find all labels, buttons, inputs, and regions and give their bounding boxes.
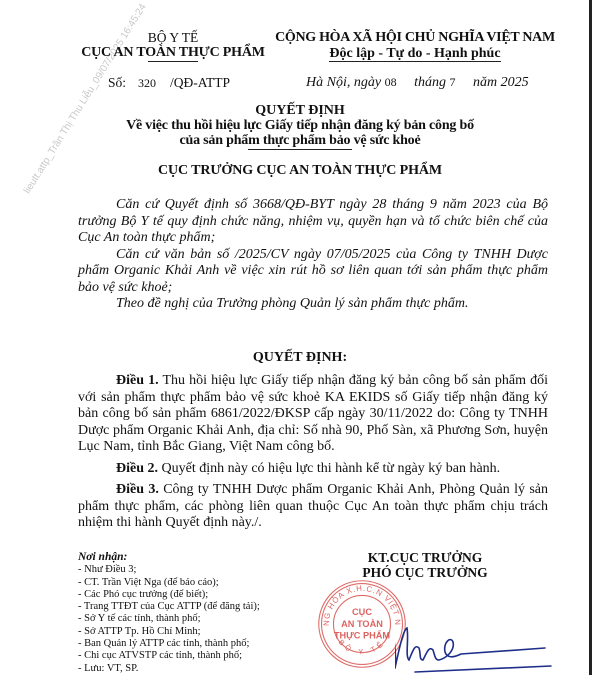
date-month: 7 bbox=[449, 75, 455, 89]
date-day: 08 bbox=[385, 75, 397, 89]
recipient-item: - Lưu: VT, SP. bbox=[78, 663, 308, 675]
recipient-item: - Các Phó cục trưởng (để biết); bbox=[78, 589, 308, 601]
recipient-item: - Ban Quản lý ATTP các tỉnh, thành phố; bbox=[78, 638, 308, 650]
issuing-authority-header: BỘ Y TẾ CỤC AN TOÀN THỰC PHẨM bbox=[78, 30, 268, 62]
title-rule bbox=[248, 149, 352, 150]
ministry-name: BỘ Y TẾ bbox=[78, 30, 268, 45]
recipient-item: - Chi cục ATVSTP các tỉnh, thành phố; bbox=[78, 650, 308, 662]
article-2: Điều 2. Quyết định này có hiệu lực thi h… bbox=[78, 461, 548, 478]
title-block: QUYẾT ĐỊNH Về việc thu hồi hiệu lực Giấy… bbox=[50, 103, 550, 178]
recipient-item: - Sở ATTP Tp. Hồ Chí Minh; bbox=[78, 626, 308, 638]
article-label: Điều 3. bbox=[116, 482, 159, 497]
basis-paragraph: Căn cứ Quyết định số 3668/QĐ-BYT ngày 28… bbox=[78, 197, 548, 247]
subject-line-1: Về việc thu hồi hiệu lực Giấy tiếp nhận … bbox=[50, 118, 550, 133]
recipients-label: Nơi nhận: bbox=[78, 551, 308, 563]
recipients: Nơi nhận: - Như Điều 3; - CT. Trần Việt … bbox=[78, 551, 308, 675]
recipient-item: - CT. Trần Việt Nga (để báo cáo); bbox=[78, 577, 308, 589]
article-1: Điều 1. Thu hồi hiệu lực Giấy tiếp nhận … bbox=[78, 373, 548, 456]
article-label: Điều 1. bbox=[116, 373, 159, 388]
legal-basis: Căn cứ Quyết định số 3668/QĐ-BYT ngày 28… bbox=[78, 197, 548, 313]
basis-paragraph: Theo đề nghị của Trưởng phòng Quản lý sả… bbox=[78, 296, 548, 313]
svg-text:AN TOÀN: AN TOÀN bbox=[341, 618, 383, 629]
document-number: Số:320/QĐ-ATTP bbox=[108, 75, 230, 91]
document-title: QUYẾT ĐỊNH bbox=[50, 103, 550, 118]
doc-number-suffix: /QĐ-ATTP bbox=[170, 75, 230, 90]
recipient-item: - Trang TTĐT của Cục ATTP (để đăng tải); bbox=[78, 601, 308, 613]
month-label: tháng bbox=[414, 75, 446, 90]
recipient-item: - Như Điều 3; bbox=[78, 564, 308, 576]
agency-name: CỤC AN TOÀN THỰC PHẨM bbox=[78, 45, 268, 60]
national-header: CỘNG HÒA XÃ HỘI CHỦ NGHĨA VIỆT NAM Độc l… bbox=[270, 30, 560, 62]
recipient-item: - Sở Y tế các tỉnh, thành phố; bbox=[78, 613, 308, 625]
svg-text:THỰC PHẨM: THỰC PHẨM bbox=[334, 630, 390, 641]
svg-text:CỤC: CỤC bbox=[352, 607, 372, 617]
place-date: Hà Nội, ngày 08 tháng 7 năm 2025 bbox=[306, 75, 529, 91]
doc-number-value: 320 bbox=[138, 76, 156, 90]
subject-line-2: của sản phẩm thực phẩm bảo vệ sức khoẻ bbox=[50, 133, 550, 148]
decision-heading: QUYẾT ĐỊNH: bbox=[50, 350, 550, 366]
header-rule bbox=[148, 61, 198, 62]
year: năm 2025 bbox=[473, 75, 529, 90]
issuing-authority: CỤC TRƯỞNG CỤC AN TOÀN THỰC PHẨM bbox=[50, 163, 550, 178]
basis-paragraph: Căn cứ văn bản số /2025/CV ngày 07/05/20… bbox=[78, 247, 548, 297]
nation-name: CỘNG HÒA XÃ HỘI CHỦ NGHĨA VIỆT NAM bbox=[270, 30, 560, 45]
article-3: Điều 3. Công ty TNHH Dược phẩm Organic K… bbox=[78, 482, 548, 532]
article-text: Quyết định này có hiệu lực thi hành kể t… bbox=[158, 461, 500, 476]
place: Hà Nội, ngày bbox=[306, 75, 381, 90]
article-label: Điều 2. bbox=[116, 461, 158, 476]
doc-number-label: Số: bbox=[108, 75, 126, 90]
signer-title: KT.CỤC TRƯỞNG PHÓ CỤC TRƯỞNG bbox=[345, 550, 505, 580]
signer-line-1: KT.CỤC TRƯỞNG bbox=[345, 550, 505, 565]
national-motto: Độc lập - Tự do - Hạnh phúc bbox=[329, 47, 500, 62]
signature-icon bbox=[395, 620, 555, 675]
articles: Điều 1. Thu hồi hiệu lực Giấy tiếp nhận … bbox=[78, 373, 548, 532]
